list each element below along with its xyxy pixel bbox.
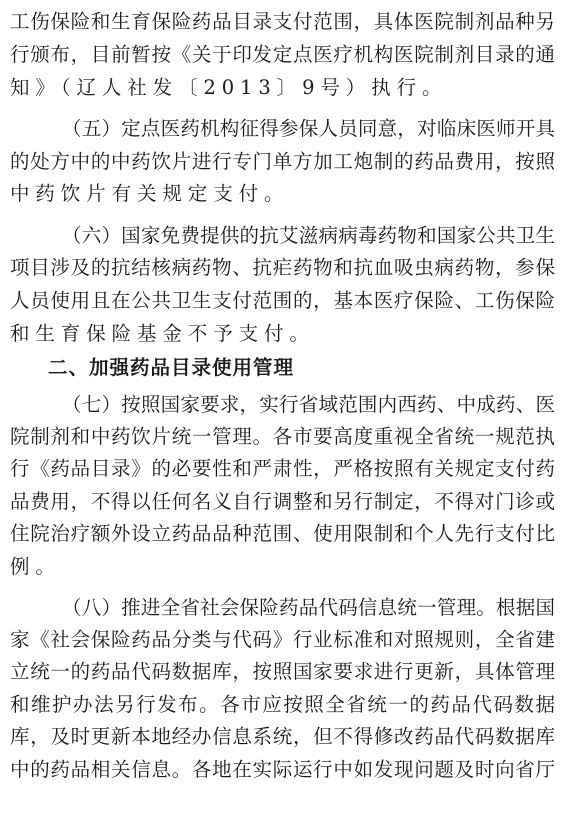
paragraph-4-line-2: 行颁布，目前暂按《关于印发定点医疗机构医院制剂目录的通 bbox=[10, 41, 555, 69]
paragraph-8-line-2: 家《社会保险药品分类与代码》行业标准和对照规则，全省建 bbox=[10, 626, 555, 654]
paragraph-6-line-1: （六）国家免费提供的抗艾滋病病毒药物和国家公共卫生 bbox=[62, 222, 555, 250]
paragraph-8-line-1: （八）推进全省社会保险药品代码信息统一管理。根据国 bbox=[62, 594, 555, 622]
paragraph-7-line-1: （七）按照国家要求，实行省域范围内西药、中成药、医 bbox=[62, 391, 555, 419]
paragraph-8-line-6: 中的药品相关信息。各地在实际运行中如发现问题及时向省厅 bbox=[10, 756, 555, 784]
paragraph-6-line-2: 项目涉及的抗结核病药物、抗疟药物和抗血吸虫病药物，参保 bbox=[10, 254, 555, 282]
paragraph-8-line-5: 库，及时更新本地经办信息系统，但不得修改药品代码数据库 bbox=[10, 723, 555, 751]
paragraph-7-line-6: 例。 bbox=[10, 553, 555, 581]
paragraph-5-line-1: （五）定点医药机构征得参保人员同意，对临床医师开具 bbox=[62, 115, 555, 143]
paragraph-6-line-3: 人员使用且在公共卫生支付范围的，基本医疗保险、工伤保险 bbox=[10, 287, 555, 315]
paragraph-4-line-3: 知》（辽人社发〔2013〕9号）执行。 bbox=[10, 74, 555, 102]
paragraph-7-line-4: 品费用，不得以任何名义自行调整和另行制定，不得对门诊或 bbox=[10, 488, 555, 516]
paragraph-6-line-4: 和生育保险基金不予支付。 bbox=[10, 320, 555, 348]
document-page: 工伤保险和生育保险药品目录支付范围，具体医院制剂品种另 行颁布，目前暂按《关于印… bbox=[0, 0, 567, 818]
paragraph-4-line-1: 工伤保险和生育保险药品目录支付范围，具体医院制剂品种另 bbox=[10, 8, 555, 36]
paragraph-5-line-2: 的处方中的中药饮片进行专门单方加工炮制的药品费用，按照 bbox=[10, 148, 555, 176]
section-heading: 二、加强药品目录使用管理 bbox=[48, 354, 448, 382]
paragraph-7-line-2: 院制剂和中药饮片统一管理。各市要高度重视全省统一规范执 bbox=[10, 423, 555, 451]
paragraph-5-line-3: 中药饮片有关规定支付。 bbox=[10, 180, 555, 208]
paragraph-8-line-4: 和维护办法另行发布。各市应按照全省统一的药品代码数据 bbox=[10, 691, 555, 719]
paragraph-7-line-5: 住院治疗额外设立药品品种范围、使用限制和个人先行支付比 bbox=[10, 520, 555, 548]
paragraph-8-line-3: 立统一的药品代码数据库，按照国家要求进行更新，具体管理 bbox=[10, 658, 555, 686]
paragraph-7-line-3: 行《药品目录》的必要性和严肃性，严格按照有关规定支付药 bbox=[10, 455, 555, 483]
